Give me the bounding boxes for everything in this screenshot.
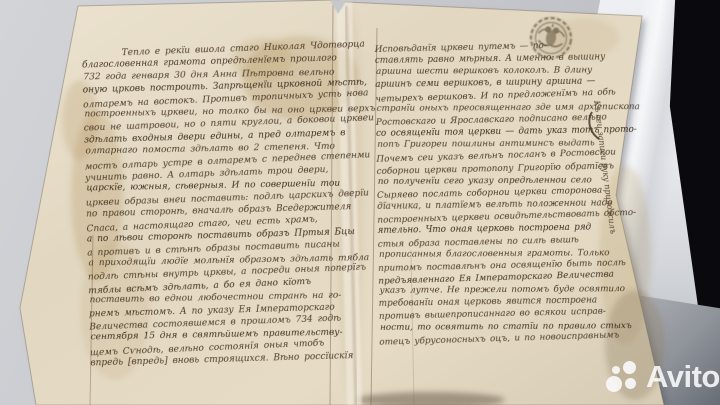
watermark-brand-text: Avito xyxy=(646,358,720,396)
left-page-text: Тепло е рекïи вшола стаго Николая Чдотво… xyxy=(82,41,343,370)
right-page-text: Исповѣданïя црквеи путемъ — по-ставлять … xyxy=(375,39,623,347)
avito-watermark: Avito xyxy=(604,358,720,396)
handwritten-line: указъ лутче. Не прежели потомъ буде освя… xyxy=(379,283,622,297)
avito-logo-icon xyxy=(604,358,641,396)
handwritten-line: аршина шести вершковъ колоколъ. В длину xyxy=(376,64,619,78)
listing-photo: Тепло е рекïи вшола стаго Николая Чдотво… xyxy=(0,0,720,405)
